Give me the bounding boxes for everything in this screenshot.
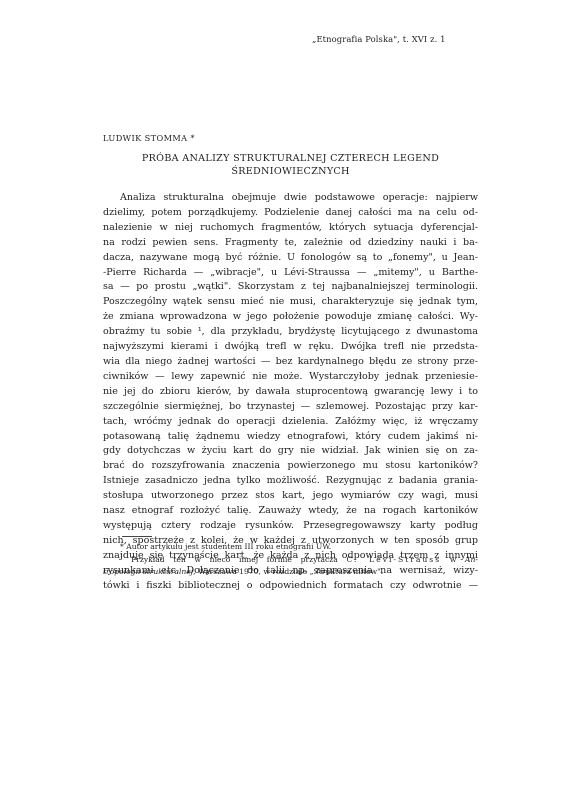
body-line: Poszczególny wątek sensu mieć nie musi, …: [103, 295, 478, 310]
body-line: że zmiana wprowadzona w jego położenie p…: [103, 310, 478, 325]
body-line: stosłupa utworzonego przez stos kart, je…: [103, 489, 478, 504]
body-line: ciwników — lewy zapewnić nie może. Wysta…: [103, 370, 478, 385]
body-line: wia dla niego żadnej wartości — bez kard…: [103, 355, 478, 370]
body-line: potasowaną talię żądnemu wiedzy etnograf…: [103, 430, 478, 445]
footnote-1: ¹ Przykład ten w nieco innej formie przy…: [103, 552, 478, 565]
body-line: brać do rozszyfrowania znaczenia powierz…: [103, 459, 478, 474]
body-line: -Pierre Richarda — „wibracje", u Lévi-St…: [103, 266, 478, 281]
article-title: PRÓBA ANALIZY STRUKTURALNEJ CZTERECH LEG…: [103, 152, 478, 178]
title-line-2: ŚREDNIOWIECZNYCH: [103, 165, 478, 178]
body-line: najwyższymi kierami i dwójką trefl w ręk…: [103, 340, 478, 355]
body-line: nalezienie w niej ruchomych fragmentów, …: [103, 221, 478, 236]
footnote-marker: ¹: [120, 554, 122, 561]
cited-book: An-: [465, 555, 478, 564]
document-page: „Etnografia Polska", t. XVI z. 1 LUDWIK …: [0, 0, 566, 800]
body-line: gdy dotychczas w życiu kart do gry nie w…: [103, 444, 478, 459]
body-line: dacza, nazywane mogą być różnie. U fonol…: [103, 251, 478, 266]
title-line-1: PRÓBA ANALIZY STRUKTURALNEJ CZTERECH LEG…: [103, 152, 478, 165]
body-line: nie jej do zbioru kierów, by dawała stup…: [103, 385, 478, 400]
body-line: sa — po prostu „wątki". Skorzystam z tej…: [103, 280, 478, 295]
article-body: Analiza strukturalna obejmuje dwie podst…: [103, 191, 478, 593]
cited-book: tropologii strukturalnej: [103, 567, 193, 576]
body-line: Istnieje zasadniczo jedna tylko możliwoś…: [103, 474, 478, 489]
author-name: LUDWIK STOMMA *: [103, 133, 195, 143]
footnote-1-continued: tropologii strukturalnej, Warszawa 1970,…: [103, 566, 478, 577]
body-line: obraźmy tu sobie ¹, dla przykładu, brydż…: [103, 325, 478, 340]
body-line: tach, wróćmy jednak do operacji dzieleni…: [103, 415, 478, 430]
running-head: „Etnografia Polska", t. XVI z. 1: [312, 34, 472, 44]
footnotes: * Autor artykułu jest studentem III roku…: [103, 541, 478, 577]
body-line: dzielimy, potem porządkujemy. Podzieleni…: [103, 206, 478, 221]
body-line: tówki i fiszki bibliotecznej o odpowiedn…: [103, 579, 478, 594]
footnote-divider: [122, 536, 152, 537]
footnote-star: * Autor artykułu jest studentem III roku…: [103, 541, 478, 552]
body-line: występują cztery rodzaje rysunków. Przes…: [103, 519, 478, 534]
body-line: szczególnie siermiężnej, bo trzynastej —…: [103, 400, 478, 415]
body-line: na rodzi pewien sens. Fragmenty te, zale…: [103, 236, 478, 251]
body-line: nasz etnograf rozłożyć talię. Zauważy wt…: [103, 504, 478, 519]
body-line: Analiza strukturalna obejmuje dwie podst…: [103, 191, 478, 206]
cited-author: C. Lévi-Strauss: [347, 555, 442, 564]
